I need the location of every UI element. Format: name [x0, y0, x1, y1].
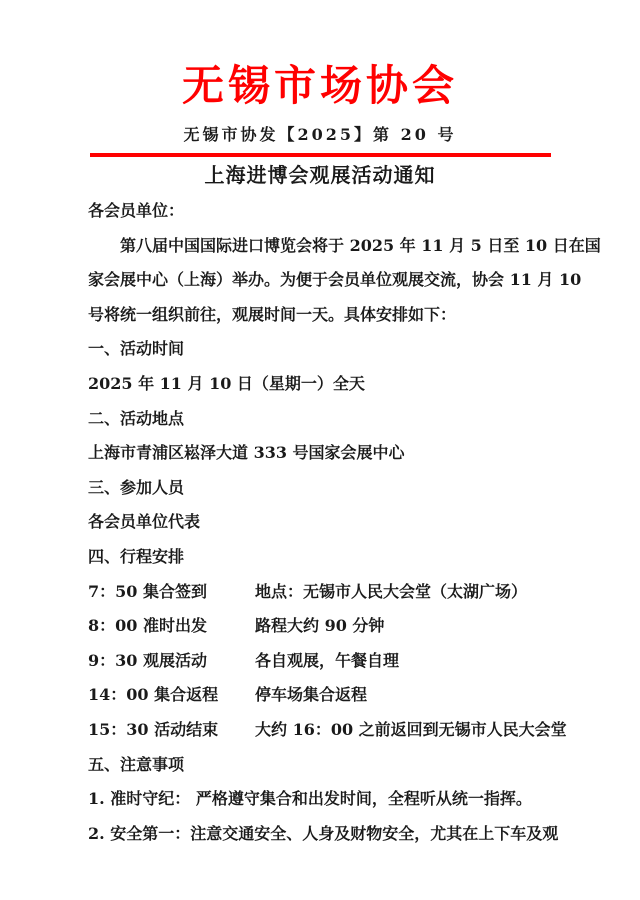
schedule-row: 7：50 集合签到 地点：无锡市人民大会堂（太湖广场） — [88, 575, 554, 610]
intro-paragraph-line: 家会展中心（上海）举办。为便于会员单位观展交流，协会 11 月 10 — [88, 263, 554, 298]
section-heading-activity-place: 二、活动地点 — [88, 402, 554, 437]
note-label: 2. 安全第一： — [88, 824, 190, 843]
schedule-time: 8：00 准时出发 — [88, 609, 255, 644]
section-content-activity-place: 上海市青浦区崧泽大道 333 号国家会展中心 — [88, 436, 554, 471]
section-content-participants: 各会员单位代表 — [88, 505, 554, 540]
schedule-time: 9：30 观展活动 — [88, 644, 255, 679]
schedule-time: 14：00 集合返程 — [88, 678, 255, 713]
schedule-time: 15：30 活动结束 — [88, 713, 255, 748]
section-heading-activity-time: 一、活动时间 — [88, 332, 554, 367]
schedule-detail: 停车场集合返程 — [255, 678, 554, 713]
salutation: 各会员单位： — [88, 194, 554, 229]
note-item: 2. 安全第一：注意交通安全、人身及财物安全，尤其在上下车及观 — [88, 817, 554, 852]
section-heading-notes: 五、注意事项 — [88, 748, 554, 783]
org-letterhead-title: 无锡市场协会 — [0, 0, 640, 110]
section-heading-itinerary: 四、行程安排 — [88, 540, 554, 575]
schedule-row: 9：30 观展活动 各自观展，午餐自理 — [88, 644, 554, 679]
intro-paragraph-line: 号将统一组织前往，观展时间一天。具体安排如下： — [88, 298, 554, 333]
document-page: 无锡市场协会 无锡市协发【2025】第 20 号 上海进博会观展活动通知 各会员… — [0, 0, 640, 900]
schedule-detail: 地点：无锡市人民大会堂（太湖广场） — [255, 575, 554, 610]
doc-title: 上海进博会观展活动通知 — [0, 162, 640, 189]
section-heading-participants: 三、参加人员 — [88, 471, 554, 506]
intro-paragraph-line: 第八届中国国际进口博览会将于 2025 年 11 月 5 日至 10 日在国 — [88, 229, 554, 264]
schedule-row: 8：00 准时出发 路程大约 90 分钟 — [88, 609, 554, 644]
document-body: 各会员单位： 第八届中国国际进口博览会将于 2025 年 11 月 5 日至 1… — [88, 194, 554, 851]
schedule-row: 14：00 集合返程 停车场集合返程 — [88, 678, 554, 713]
note-item: 1. 准时守纪： 严格遵守集合和出发时间，全程听从统一指挥。 — [88, 782, 554, 817]
section-content-activity-time: 2025 年 11 月 10 日（星期一）全天 — [88, 367, 554, 402]
note-text: 注意交通安全、人身及财物安全，尤其在上下车及观 — [190, 824, 558, 843]
doc-number: 无锡市协发【2025】第 20 号 — [0, 125, 640, 145]
schedule-detail: 大约 16：00 之前返回到无锡市人民大会堂 — [255, 713, 567, 748]
letterhead-divider — [90, 153, 551, 157]
note-label: 1. 准时守纪： — [88, 789, 190, 808]
schedule-time: 7：50 集合签到 — [88, 575, 255, 610]
note-text: 严格遵守集合和出发时间，全程听从统一指挥。 — [190, 789, 532, 808]
schedule-detail: 各自观展，午餐自理 — [255, 644, 554, 679]
schedule-detail: 路程大约 90 分钟 — [255, 609, 554, 644]
schedule-row: 15：30 活动结束 大约 16：00 之前返回到无锡市人民大会堂 — [88, 713, 554, 748]
